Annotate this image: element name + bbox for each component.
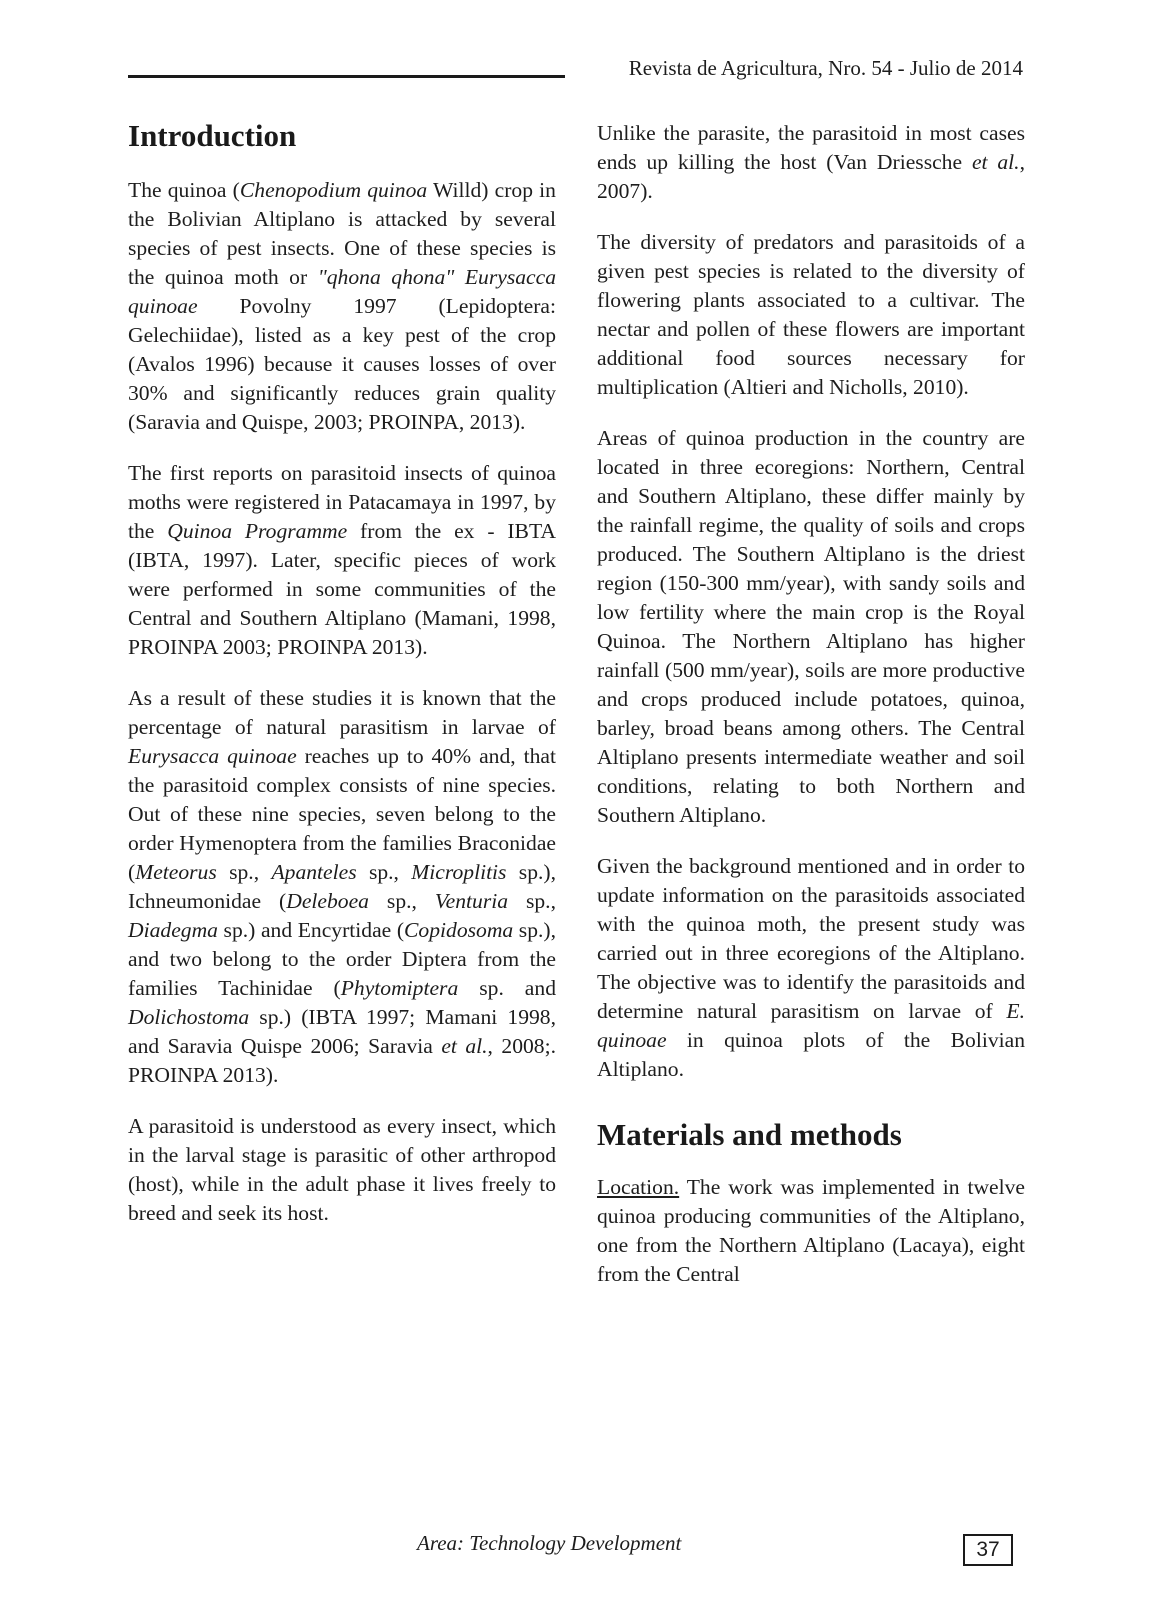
paragraph: The first reports on parasitoid insects … (128, 459, 556, 662)
page-number: 37 (963, 1534, 1013, 1566)
paragraph: The quinoa (Chenopodium quinoa Willd) cr… (128, 176, 556, 437)
paragraph: Areas of quinoa production in the countr… (597, 424, 1025, 830)
journal-header: Revista de Agricultura, Nro. 54 - Julio … (583, 55, 1023, 81)
paragraph: Unlike the parasite, the parasitoid in m… (597, 119, 1025, 206)
materials-methods-heading: Materials and methods (597, 1117, 1025, 1153)
paragraph: As a result of these studies it is known… (128, 684, 556, 1090)
left-column: Introduction The quinoa (Chenopodium qui… (128, 118, 556, 1250)
header-rule (128, 75, 565, 78)
paragraph: A parasitoid is understood as every inse… (128, 1112, 556, 1228)
paragraph: Given the background mentioned and in or… (597, 852, 1025, 1084)
paragraph: The diversity of predators and parasitoi… (597, 228, 1025, 402)
footer-area-label: Area: Technology Development (417, 1530, 681, 1556)
right-column: Unlike the parasite, the parasitoid in m… (597, 119, 1025, 1311)
paragraph: Location. The work was implemented in tw… (597, 1173, 1025, 1289)
introduction-heading: Introduction (128, 118, 556, 154)
